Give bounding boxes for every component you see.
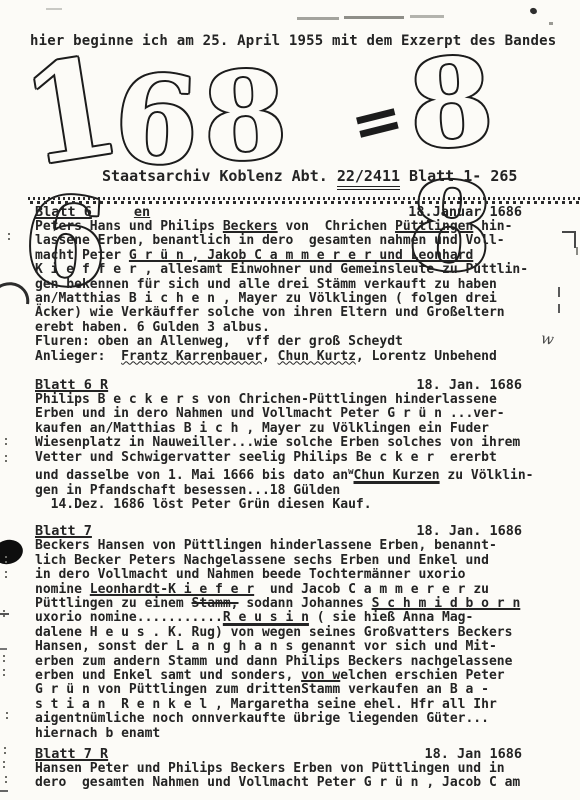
- entry-line: lassene Erben, benantlich in dero gesamt…: [35, 234, 547, 248]
- text-segment: Beckers Hansen von Püttlingen hinderlass…: [35, 538, 497, 553]
- entry-line: dalene H e u s . K. Rug) von wegen seine…: [35, 626, 547, 640]
- entry-blatt-6r: Blatt 6 R18. Jan. 1686Philips B e c k e …: [35, 378, 547, 512]
- entry-date: 18. Jan. 1686: [416, 524, 522, 539]
- text-segment: Leonhardt-K i e f e r: [90, 582, 254, 597]
- entry-heading: Blatt 6en18.Januar 1686: [35, 205, 547, 220]
- entry-line: macht Peter G r ü n , Jakob C a m m e r …: [35, 249, 547, 263]
- entry-line: aigentnümliche noch onnverkaufte übrige …: [35, 712, 547, 726]
- text-segment: Chun Kurtz: [278, 349, 356, 364]
- entry-line: nomine Leonhardt-K i e f e r und Jacob C…: [35, 583, 547, 597]
- text-segment: K i e f f e r , allesamt Einwohner und G…: [35, 262, 528, 277]
- entry-blatt-7r: Blatt 7 R18. Jan 1686Hansen Peter und Ph…: [35, 747, 547, 791]
- margin-colon-mark: [4, 747, 6, 749]
- entry-line: kaufen an/Matthias B i c h , Mayer zu Vö…: [35, 422, 547, 436]
- entry-line: erben zum andern Stamm und dann Philips …: [35, 655, 547, 669]
- text-segment: Peters Hans und Philips: [35, 219, 223, 234]
- text-segment: G r ü n , Jakob C a m m e r e r und Leon…: [129, 248, 473, 263]
- text-segment: erben zum andern Stamm und dann Philips …: [35, 654, 512, 669]
- title-dash: =: [345, 84, 414, 158]
- margin-dash-mark: [0, 790, 8, 792]
- margin-colon-mark: [6, 712, 8, 714]
- archive-prefix: Staatsarchiv Koblenz Abt.: [102, 167, 337, 185]
- entry-line: Erben und in dero Nahmen und Vollmacht P…: [35, 407, 547, 421]
- entry-line: Anlieger: Frantz Karrenbauer, Chun Kurtz…: [35, 350, 547, 364]
- text-segment: Püttlingen zu einem: [35, 596, 192, 611]
- ink-smudge: [410, 15, 444, 18]
- margin-dash-mark: [0, 613, 9, 615]
- entry-heading: Blatt 7 R18. Jan 1686: [35, 747, 547, 762]
- text-segment: ( sie hieß Anna Mag-: [309, 610, 473, 625]
- text-segment: verkaufen an B a -: [340, 682, 489, 697]
- margin-colon-mark: [3, 610, 5, 612]
- entry-line: lich Becker Peters Nachgelassene sechs E…: [35, 554, 547, 568]
- archive-suffix: Blatt 1- 265: [400, 167, 517, 185]
- text-segment: und Jacob C a m m e r e r zu: [254, 582, 489, 597]
- blatt-label: Blatt 7 R: [35, 747, 108, 762]
- entry-blatt-7: Blatt 718. Jan. 1686Beckers Hansen von P…: [35, 524, 547, 741]
- text-segment: Hansen Peter und Philips Beckers Erben v…: [35, 761, 505, 776]
- entry-line: Äcker) wie Verkäuffer solche von ihren E…: [35, 306, 547, 320]
- entry-line: Peters Hans und Philips Beckers von Chri…: [35, 220, 547, 234]
- text-segment: lassene Erben, benantlich in dero gesamt…: [35, 233, 505, 248]
- text-segment: Fluren: oben an Allenweg, vff der groß S…: [35, 334, 403, 349]
- entry-date: 18. Jan 1686: [424, 747, 522, 762]
- text-segment: sodann Johannes: [239, 596, 372, 611]
- text-segment: von Chrichen: [278, 219, 395, 234]
- text-segment: nomine: [35, 582, 90, 597]
- entry-line: Wiesenplatz in Nauweiller...wie solche E…: [35, 436, 547, 450]
- entry-line: Beckers Hansen von Püttlingen hinderlass…: [35, 539, 547, 553]
- text-segment: Chun Kurzen: [354, 468, 440, 483]
- entry-line: uxorio nomine...........R e u s i n ( si…: [35, 611, 547, 625]
- text-segment: zu Völklin-: [440, 468, 534, 483]
- margin-colon-mark: [5, 556, 7, 558]
- blatt-label: Blatt 7: [35, 524, 92, 539]
- title-digit: 8: [200, 55, 294, 179]
- text-segment: Äcker) wie Verkäuffer solche von ihren E…: [35, 305, 505, 320]
- ink-smudge: [344, 16, 404, 19]
- margin-dash-mark: [0, 648, 7, 650]
- entry-line: G r ü n von Püttlingen zum drittenStamm …: [35, 683, 547, 697]
- text-segment: in dero Vollmacht und Nahmen beede Tocht…: [35, 567, 465, 582]
- entry-line: 14.Dez. 1686 löst Peter Grün diesen Kauf…: [35, 498, 547, 512]
- entry-line: und dasselbe von 1. Mai 1666 bis dato an…: [35, 465, 547, 483]
- text-segment: Erben und in dero Nahmen und Vollmacht P…: [35, 406, 505, 421]
- text-segment: hiernach b enamt: [35, 726, 160, 741]
- blatt-label: Blatt 6: [35, 205, 92, 220]
- text-segment: R e u s i n: [223, 610, 309, 625]
- text-segment: erben und Enkel samt und sonders, von we…: [35, 668, 505, 683]
- text-segment: Vetter und Schwigervatter seelig Philips…: [35, 450, 497, 465]
- entry-heading: Blatt 6 R18. Jan. 1686: [35, 378, 547, 393]
- text-segment: hin-: [473, 219, 512, 234]
- margin-colon-mark: [5, 438, 7, 440]
- margin-dash-mark: [576, 247, 578, 255]
- text-segment: s t i a n R e n k e l , Margaretha seine…: [35, 697, 497, 712]
- margin-dash-mark: [558, 287, 560, 297]
- text-segment: uxorio nomine...........: [35, 610, 223, 625]
- text-segment: Püttlingen: [395, 219, 473, 234]
- margin-colon-mark: [3, 655, 5, 657]
- margin-colon-mark: [5, 776, 7, 778]
- text-segment: erebt haben. 6 Gulden 3 albus.: [35, 320, 270, 335]
- text-segment: dero gesamten Nahmen und Vollmacht Peter…: [35, 775, 520, 790]
- margin-dash-mark: [558, 304, 560, 313]
- text-segment: an/Matthias B i c h e n , Mayer zu Völkl…: [35, 291, 497, 306]
- document-page: w hier beginne ich am 25. April 1955 mit…: [0, 0, 580, 800]
- ink-blot: [0, 537, 25, 568]
- entry-line: Püttlingen zu einem Stamm, sodann Johann…: [35, 597, 547, 611]
- text-segment: Hansen, sonst der L a n g h a n s genann…: [35, 639, 497, 654]
- text-segment: Frantz Karrenbauer: [121, 349, 262, 364]
- entry-line: Vetter und Schwigervatter seelig Philips…: [35, 451, 547, 465]
- entry-line: gen bekennen für sich und alle drei Stäm…: [35, 278, 547, 292]
- text-segment: , Lorentz Unbehend: [356, 349, 497, 364]
- text-segment: Philips B e c k e r s von Chrichen-Püttl…: [35, 392, 497, 407]
- text-segment: gen bekennen für sich und alle drei Stäm…: [35, 277, 497, 292]
- text-segment: kaufen an/Matthias B i c h , Mayer zu Vö…: [35, 421, 489, 436]
- title-digit: 6: [113, 60, 205, 183]
- ink-smudge: [46, 8, 62, 10]
- ink-dot: [529, 7, 538, 15]
- text-segment: Anlieger:: [35, 349, 121, 364]
- ink-dot: [549, 22, 553, 25]
- archive-line: Staatsarchiv Koblenz Abt. 22/2411 Blatt …: [102, 167, 517, 185]
- entry-line: Hansen Peter und Philips Beckers Erben v…: [35, 762, 547, 776]
- entry-line: dero gesamten Nahmen und Vollmacht Peter…: [35, 776, 547, 790]
- text-segment: G r ü n von Püttlingen zum dritten: [35, 682, 301, 697]
- margin-colon-mark: [5, 571, 7, 573]
- entry-date: 18. Jan. 1686: [416, 378, 522, 393]
- text-segment: aigentnümliche noch onnverkaufte übrige …: [35, 711, 489, 726]
- entry-heading: Blatt 718. Jan. 1686: [35, 524, 547, 539]
- text-segment: ,: [262, 349, 278, 364]
- entry-date: 18.Januar 1686: [408, 205, 522, 220]
- text-segment: dalene H e u s . K. Rug) von wegen seine…: [35, 625, 512, 640]
- margin-colon-mark: [3, 761, 5, 763]
- text-segment: Wiesenplatz in Nauweiller...wie solche E…: [35, 435, 520, 450]
- entries-list: Blatt 6en18.Januar 1686Peters Hans und P…: [35, 205, 547, 800]
- insert-note: en: [134, 205, 150, 220]
- blatt-label: Blatt 6 R: [35, 378, 108, 393]
- entry-line: erebt haben. 6 Gulden 3 albus.: [35, 321, 547, 335]
- entry-line: gen in Pfandschaft besessen...18 Gülden: [35, 484, 547, 498]
- volume-title: 1686 = 88: [24, 42, 569, 177]
- text-segment: lich Becker Peters Nachgelassene sechs E…: [35, 553, 489, 568]
- margin-colon-mark: [5, 455, 7, 457]
- text-segment: Stamm: [301, 682, 340, 697]
- entry-line: in dero Vollmacht und Nahmen beede Tocht…: [35, 568, 547, 582]
- margin-colon-mark: [3, 669, 5, 671]
- title-digit: 8: [405, 41, 501, 167]
- entry-blatt-6: Blatt 6en18.Januar 1686Peters Hans und P…: [35, 205, 547, 364]
- text-segment: Stamm,: [192, 596, 239, 611]
- entry-line: K i e f f e r , allesamt Einwohner und G…: [35, 263, 547, 277]
- text-segment: und dasselbe von 1. Mai 1666 bis dato an: [35, 468, 348, 483]
- entry-line: Fluren: oben an Allenweg, vff der groß S…: [35, 335, 547, 349]
- text-segment: macht Peter: [35, 248, 129, 263]
- text-segment: S c h m i d b o r n: [372, 596, 521, 611]
- entry-line: Hansen, sonst der L a n g h a n s genann…: [35, 640, 547, 654]
- text-segment: Beckers: [223, 219, 278, 234]
- ink-smudge: [297, 17, 339, 20]
- entry-line: Philips B e c k e r s von Chrichen-Püttl…: [35, 393, 547, 407]
- entry-line: s t i a n R e n k e l , Margaretha seine…: [35, 698, 547, 712]
- text-segment: gen in Pfandschaft besessen...18 Gülden: [35, 483, 340, 498]
- text-segment: 14.Dez. 1686 löst Peter Grün diesen Kauf…: [35, 497, 372, 512]
- margin-colon-mark: [8, 233, 10, 235]
- archive-ref: 22/2411: [337, 167, 400, 190]
- entry-line: hiernach b enamt: [35, 727, 547, 741]
